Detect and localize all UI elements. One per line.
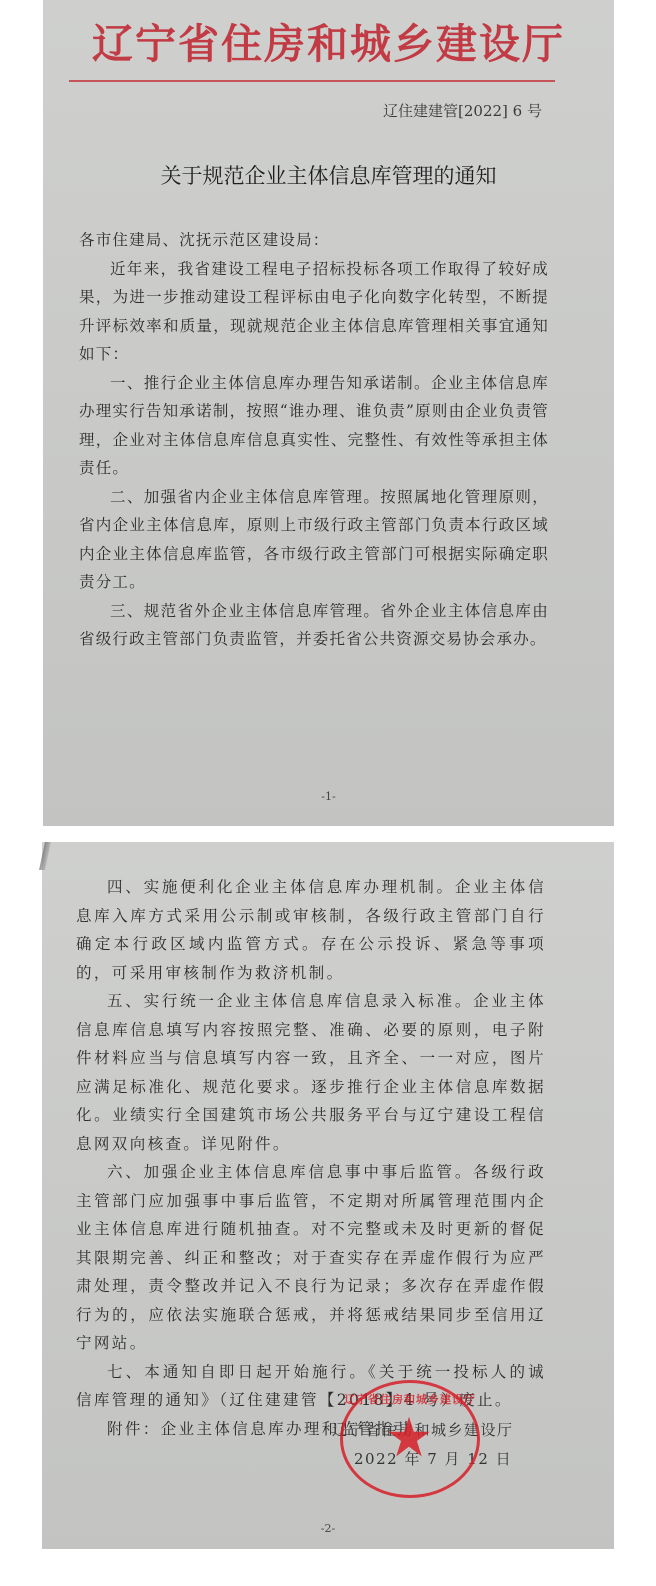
paragraph-item-6: 六、加强企业主体信息库信息事中事后监管。各级行政主管部门应加强事中事后监管，不定… bbox=[76, 1158, 546, 1358]
letterhead-rule bbox=[69, 80, 555, 82]
paragraph-item-5: 五、实行统一企业主体信息库信息录入标准。企业主体信息库信息填写内容按照完整、准确… bbox=[76, 987, 546, 1158]
page1-body: 各市住建局、沈抚示范区建设局： 近年来，我省建设工程电子招标投标各项工作取得了较… bbox=[79, 226, 549, 654]
seal-text: 辽宁省住房和城乡建设厅 bbox=[343, 1391, 477, 1407]
document-number: 辽住建建管[2022] 6 号 bbox=[383, 100, 542, 121]
star-icon bbox=[387, 1415, 431, 1459]
letterhead: 辽宁省住房和城乡建设厅 bbox=[43, 22, 614, 67]
page-fold-shadow bbox=[39, 842, 51, 870]
salutation: 各市住建局、沈抚示范区建设局： bbox=[79, 226, 549, 255]
paragraph-item-3: 三、规范省外企业主体信息库管理。省外企业主体信息库由省级行政主管部门负责监管，并… bbox=[79, 597, 549, 654]
page2-body: 四、实施便利化企业主体信息库办理机制。企业主体信息库入库方式采用公示制或审核制，… bbox=[76, 873, 546, 1443]
document-page-2: 四、实施便利化企业主体信息库办理机制。企业主体信息库入库方式采用公示制或审核制，… bbox=[42, 842, 614, 1549]
paragraph-item-4: 四、实施便利化企业主体信息库办理机制。企业主体信息库入库方式采用公示制或审核制，… bbox=[76, 873, 546, 987]
document-page-1: 辽宁省住房和城乡建设厅 辽住建建管[2022] 6 号 关于规范企业主体信息库管… bbox=[43, 0, 614, 826]
paragraph-item-1: 一、推行企业主体信息库办理告知承诺制。企业主体信息库办理实行告知承诺制，按照“谁… bbox=[79, 369, 549, 483]
paragraph-item-2: 二、加强省内企业主体信息库管理。按照属地化管理原则，省内企业主体信息库，原则上市… bbox=[79, 483, 549, 597]
document-title: 关于规范企业主体信息库管理的通知 bbox=[43, 160, 614, 190]
page-number-1: -1- bbox=[43, 790, 614, 803]
official-seal-icon: 辽宁省住房和城乡建设厅 bbox=[340, 1380, 480, 1498]
paragraph-intro: 近年来，我省建设工程电子招标投标各项工作取得了较好成果，为进一步推动建设工程评标… bbox=[79, 255, 549, 369]
page-number-2: -2- bbox=[42, 1522, 614, 1535]
